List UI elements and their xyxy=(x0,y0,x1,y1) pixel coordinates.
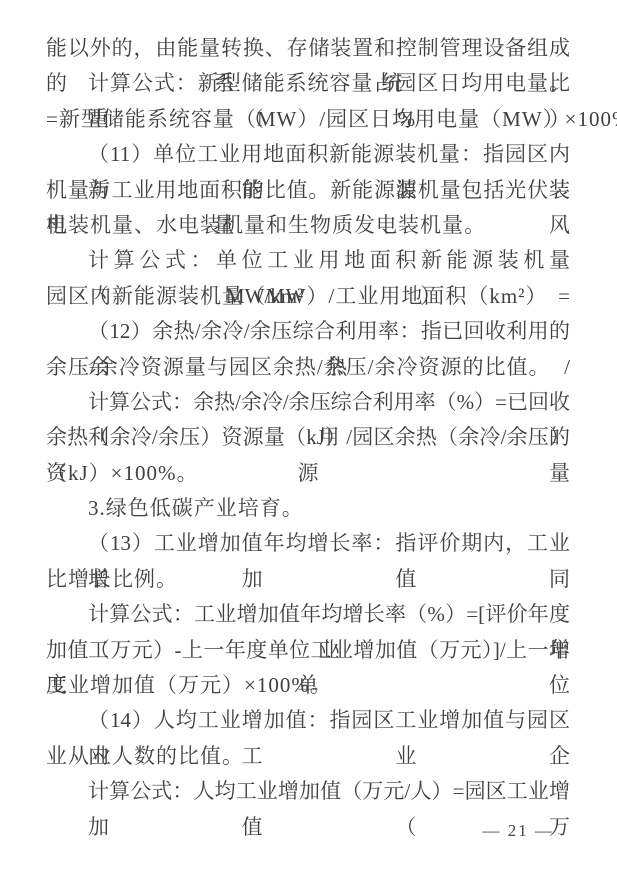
text-line: 计算公式：人均工业增加值（万元/人）=园区工业增加值（万 xyxy=(46,774,570,809)
text-line: =新型储能系统容量（MW）/园区日均用电量（MW）×100%。 xyxy=(46,102,570,137)
page-number: — 21 — xyxy=(483,820,555,842)
text-line: 余压/余冷资源量与园区余热/余压/余冷资源的比值。 xyxy=(46,350,570,385)
text-line: 能以外的，由能量转换、存储装置和控制管理设备组成的系统。 xyxy=(46,31,570,66)
text-line: （11）单位工业用地面积新能源装机量：指园区内新能源装 xyxy=(46,137,570,172)
text-line: 计算公式：余热/余冷/余压综合利用率（%）=已回收利用的 xyxy=(46,385,570,420)
text-line: 计算公式：工业增加值年均增长率（%）=[评价年度工业增 xyxy=(46,597,570,632)
document-page: 能以外的，由能量转换、存储装置和控制管理设备组成的系统。 计算公式：新型储能系统… xyxy=(0,0,617,880)
text-line: 加值（万元）-上一年度单位工业增加值（万元）]/上一年度单位 xyxy=(46,633,570,668)
text-line: 计算公式：新型储能系统容量占园区日均用电量比重（%） xyxy=(46,66,570,101)
text-line: 机量与工业用地面积的比值。新能源装机量包括光伏装机量、风 xyxy=(46,173,570,208)
text-line: 计算公式：单位工业用地面积新能源装机量（MW/km²）= xyxy=(46,243,570,278)
text-line: （14）人均工业增加值：指园区工业增加值与园区内工业企 xyxy=(46,703,570,738)
text-line: （13）工业增加值年均增长率：指评价期内，工业增加值同 xyxy=(46,526,570,561)
document-body: 能以外的，由能量转换、存储装置和控制管理设备组成的系统。 计算公式：新型储能系统… xyxy=(46,31,570,810)
text-line: 余热（余冷/余压）资源量（kJ）/园区余热（余冷/余压）资源量 xyxy=(46,420,570,455)
text-line: 3.绿色低碳产业培育。 xyxy=(46,491,570,526)
text-line: （12）余热/余冷/余压综合利用率：指已回收利用的余热/ xyxy=(46,314,570,349)
text-line: 园区内新能源装机量（MW）/工业用地面积（km²） xyxy=(46,279,570,314)
